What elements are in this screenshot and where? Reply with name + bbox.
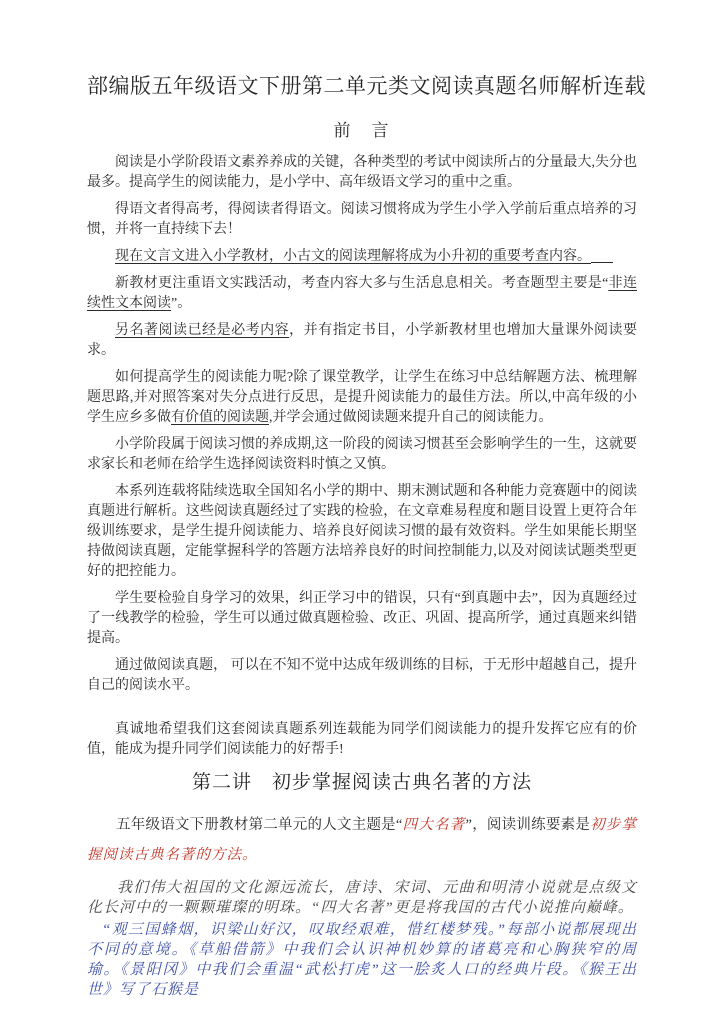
paragraph-text: 五年级语文下册教材第二单元的人文主题是“ <box>116 817 402 833</box>
section-heading: 第二讲 初步掌握阅读古典名著的方法 <box>87 767 637 794</box>
preface-paragraph-10: 通过做阅读真题， 可以在不知不觉中达成年级训练的目标，于无形中超越自己，提升自己… <box>87 656 637 696</box>
document-page: 部编版五年级语文下册第二单元类文阅读真题名师解析连载 前 言 阅读是小学阶段语文… <box>0 0 724 1024</box>
paragraph-text: ”。 <box>171 296 191 311</box>
underlined-sentence: 现在文言文进入小学教材，小古文的阅读理解将成为小升初的重要考查内容。 <box>115 249 591 264</box>
section-paragraph-1: 五年级语文下册教材第二单元的人文主题是“四大名著”，阅读训练要素是初步掌握阅读古… <box>87 810 637 870</box>
preface-paragraph-1: 阅读是小学阶段语文素养养成的关键，各种类型的考试中阅读所占的分量最大,失分也最多… <box>87 153 637 193</box>
preface-heading: 前 言 <box>87 116 637 141</box>
paragraph-text: 新教材更注重语文实践活动，考查内容大多与生活息息相关。考查题型主要是“ <box>115 276 608 291</box>
underline-extension <box>591 258 613 263</box>
preface-paragraph-7: 小学阶段属于阅读习惯的养成期,这一阶段的阅读习惯甚至会影响学生的一生，这就要求家… <box>87 435 637 475</box>
preface-paragraph-4: 新教材更注重语文实践活动，考查内容大多与生活息息相关。考查题型主要是“非连续性文… <box>87 274 637 314</box>
preface-paragraph-5: 另名著阅读已经是必考内容，并有指定书目，小学新教材里也增加大量课外阅读要求。 <box>87 321 637 361</box>
document-title: 部编版五年级语文下册第二单元类文阅读真题名师解析连载 <box>87 70 637 100</box>
paragraph-text: ,并学会通过做阅读题来提升自己的阅读能力。 <box>269 410 553 425</box>
preface-paragraph-8: 本系列连载将陆续选取全国知名小学的期中、期末测试题和各种能力竞赛题中的阅读真题进… <box>87 482 637 582</box>
preface-paragraph-11: 真诚地希望我们这套阅读真题系列连载能为同学们阅读能力的提升发挥它应有的价值，能成… <box>87 720 637 760</box>
preface-paragraph-3: 现在文言文进入小学教材，小古文的阅读理解将成为小升初的重要考查内容。 <box>87 247 637 267</box>
preface-paragraph-2: 得语文者得高考，得阅读者得语文。阅读习惯将成为学生小学入学前后重点培养的习惯，并… <box>87 200 637 240</box>
section-paragraph-3: “观三国蜂烟，识梁山好汉，叹取经艰难，惜红楼梦残。”每部小说都展现出不同的意境。… <box>87 920 637 1000</box>
section-paragraph-2: 我们伟大祖国的文化源远流长，唐诗、宋词、元曲和明清小说就是点级文化长河中的一颗颗… <box>87 878 637 918</box>
highlighted-term: 四大名著 <box>402 817 465 833</box>
underlined-phrase: 有价值的阅读题 <box>171 410 269 425</box>
preface-paragraph-6: 如何提高学生的阅读能力呢?除了课堂教学，让学生在练习中总结解题方法、梳理解题思路… <box>87 368 637 428</box>
underlined-phrase: 另名著阅读已经是必考内容 <box>115 323 289 338</box>
preface-paragraph-9: 学生要检验自身学习的效果，纠正学习中的错误，只有“到真题中去”，因为真题经过了一… <box>87 589 637 649</box>
paragraph-text: ”，阅读训练要素是 <box>466 817 591 833</box>
